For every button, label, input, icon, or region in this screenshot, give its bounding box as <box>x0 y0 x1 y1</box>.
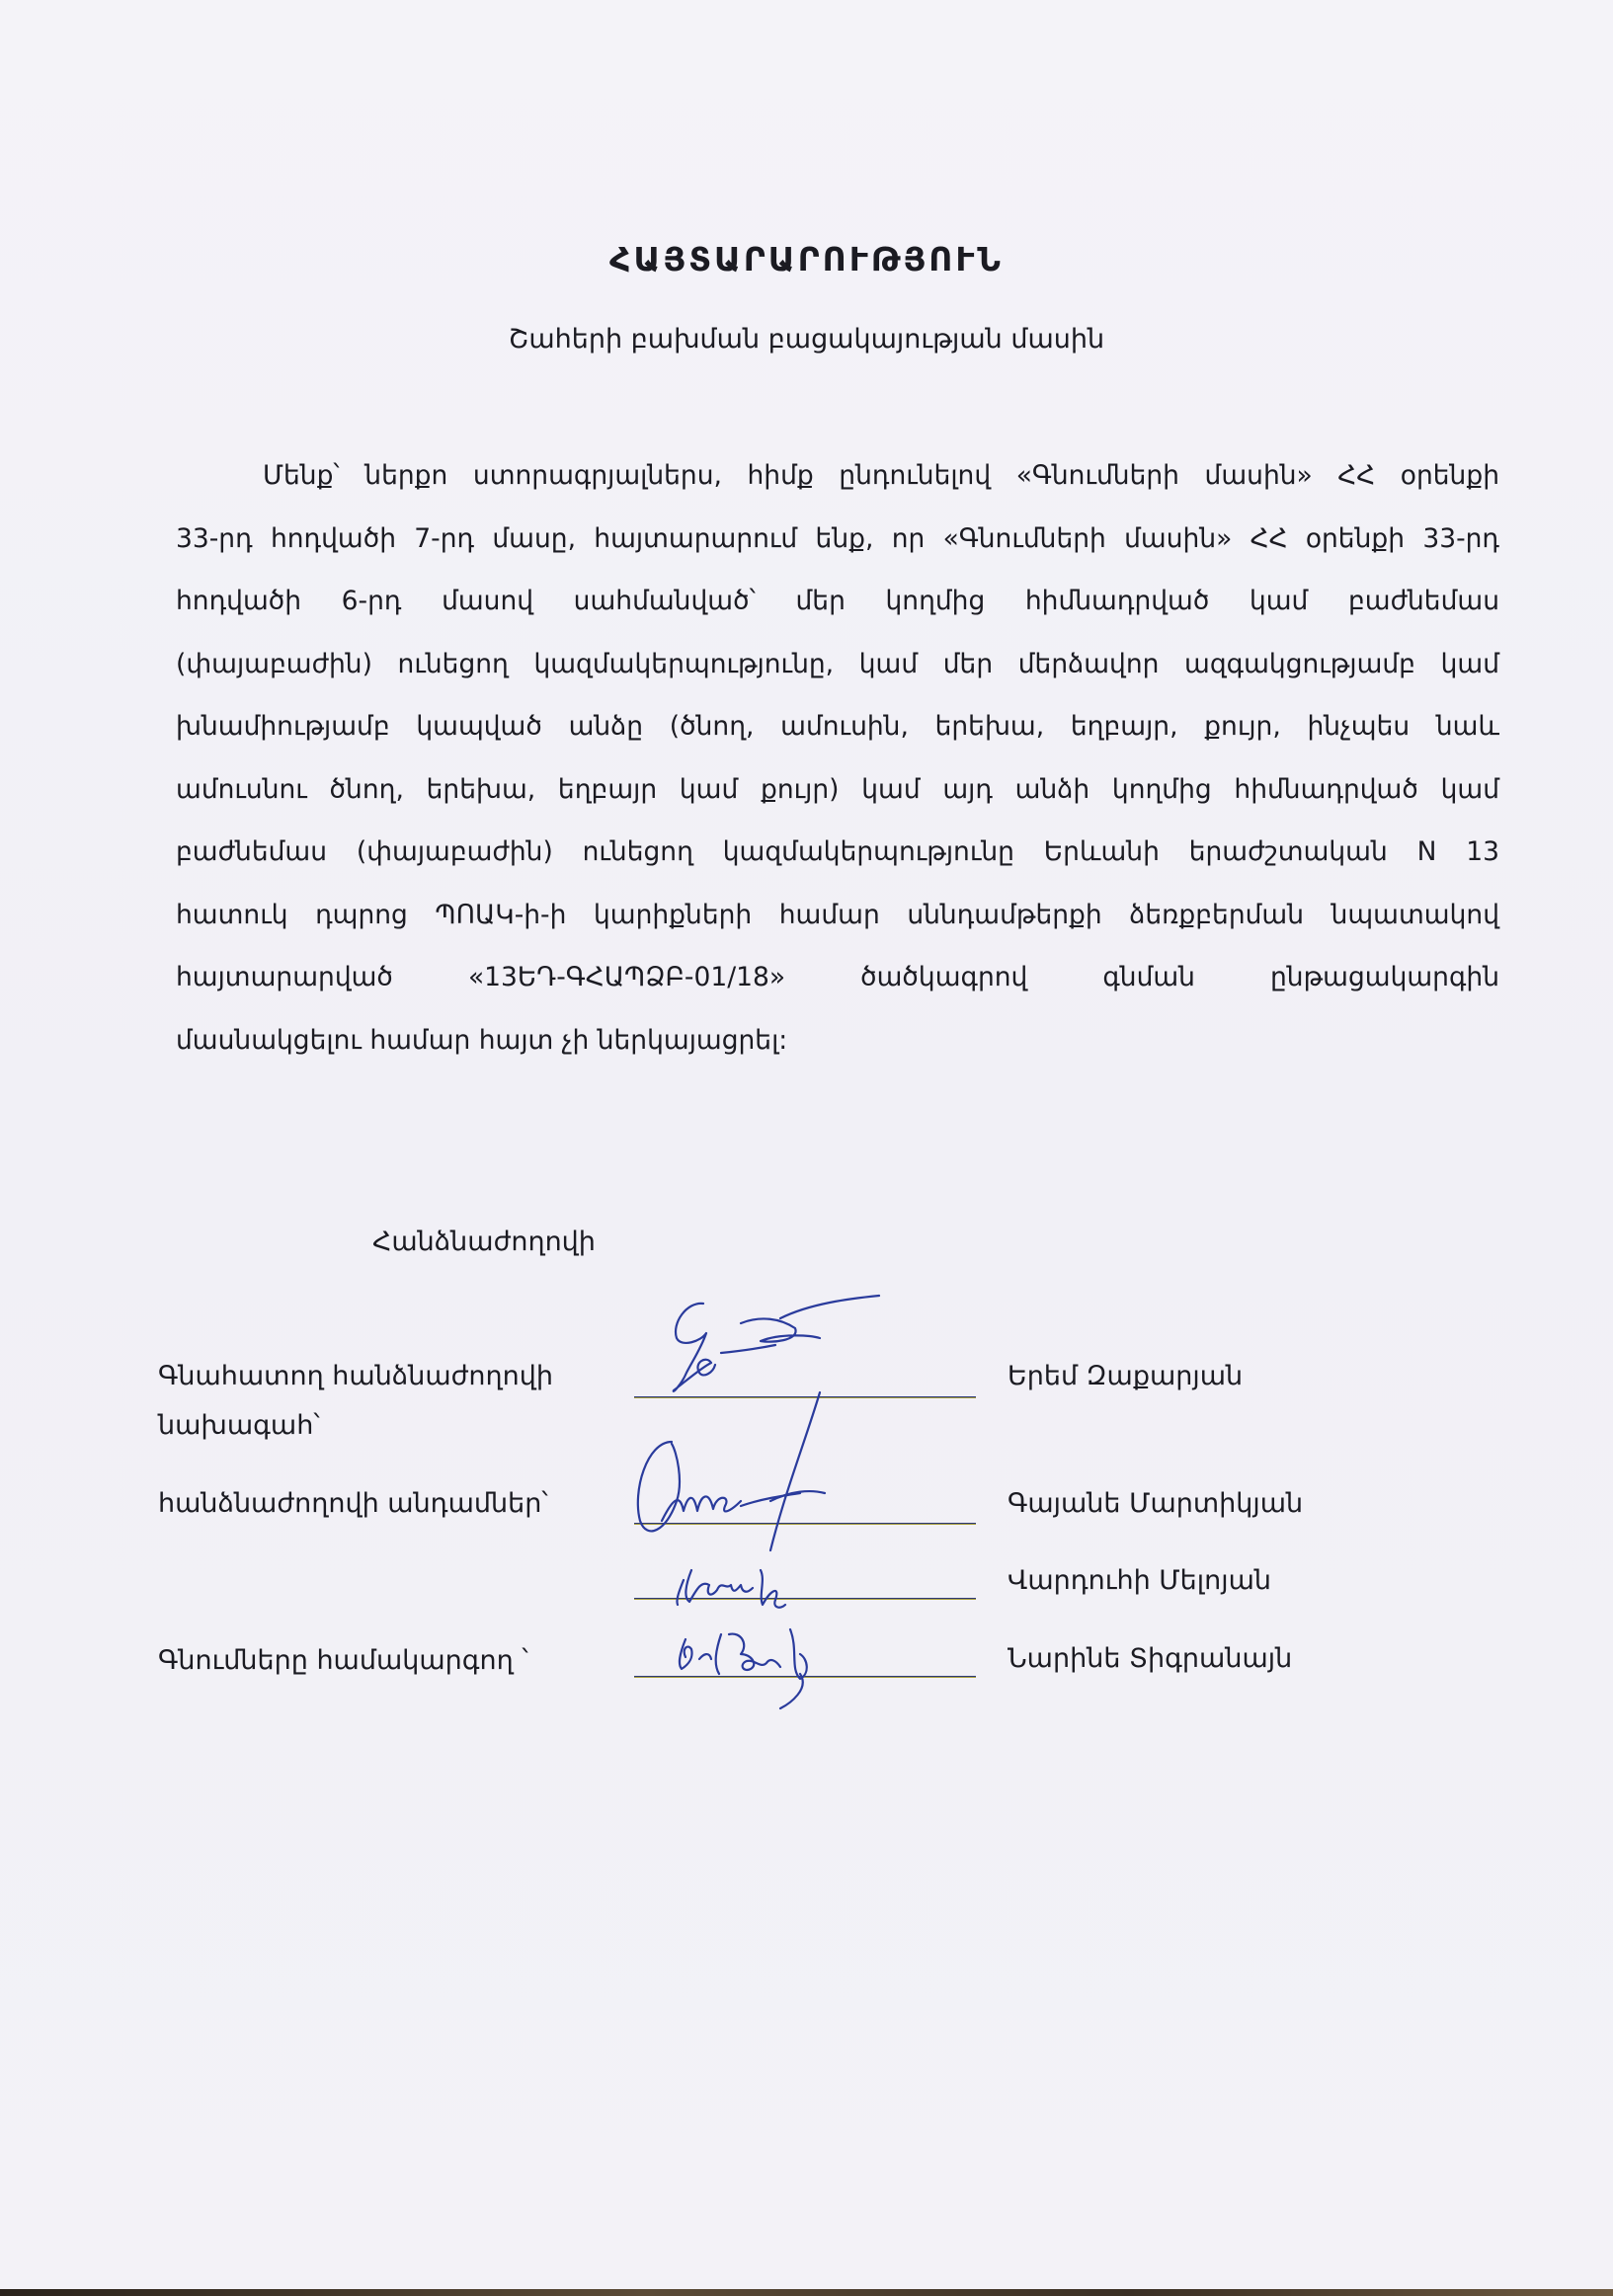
signatory-name: Վարդուհի Մելոյան <box>1008 1565 1271 1596</box>
document-subtitle: Շահերի բախման բացակայության մասին <box>0 324 1613 355</box>
scanned-page: ՀԱՅՏԱՐԱՐՈՒԹՅՈՒՆ Շահերի բախման բացակայութ… <box>0 0 1613 2289</box>
signatory-role: հանձնաժողովի անդամներ՝ <box>158 1488 548 1519</box>
document-title: ՀԱՅՏԱՐԱՐՈՒԹՅՈՒՆ <box>0 240 1613 278</box>
signature-2-icon <box>622 1383 978 1550</box>
declaration-body: Մենք՝ ներքո ստորագրյալներս, հիմք ընդունե… <box>176 444 1499 1071</box>
body-line: մասնակցելու համար հայտ չի ներկայացրել: <box>176 1009 1499 1072</box>
signature-4-icon <box>672 1620 899 1708</box>
body-line: խնամիությամբ կապված անձը (ծնող, ամուսին,… <box>176 695 1499 758</box>
body-line: բաժնեմաս (փայաբաժին) ունեցող կազմակերպու… <box>176 821 1499 884</box>
signatory-role: Գնահատող հանձնաժողովի <box>158 1361 553 1391</box>
body-line: 33-րդ հոդվածի 7-րդ մասը, հայտարարում ենք… <box>176 508 1499 571</box>
signatory-name: Նարինե Տիգրանայն <box>1008 1643 1292 1674</box>
body-line: ամուսնու ծնող, երեխա, եղբայր կամ քույր) … <box>176 758 1499 822</box>
body-line: հատուկ դպրոց ՊՈԱԿ-ի-ի կարիքների համար սն… <box>176 884 1499 947</box>
commission-heading: Հանձնաժողովի <box>372 1227 596 1257</box>
signatory-name: Գայանե Մարտիկյան <box>1008 1488 1303 1519</box>
body-line: հոդվածի 6-րդ մասով սահմանված՝ մեր կողմից… <box>176 570 1499 633</box>
signatory-role-continued: նախագահ՝ <box>158 1410 320 1441</box>
body-line: (փայաբաժին) ունեցող կազմակերպությունը, կ… <box>176 633 1499 696</box>
signatory-name: Երեմ Զաքարյան <box>1008 1361 1243 1391</box>
body-line: հայտարարված «13ԵԴ-ԳՀԱՊՁԲ-01/18» ծածկագրո… <box>176 946 1499 1009</box>
signatory-role: Գնումները համակարգող ՝ <box>158 1645 528 1676</box>
scan-bottom-edge <box>0 2289 1613 2296</box>
signature-3-icon <box>672 1550 869 1629</box>
body-line: Մենք՝ ներքո ստորագրյալներս, հիմք ընդունե… <box>176 444 1499 508</box>
